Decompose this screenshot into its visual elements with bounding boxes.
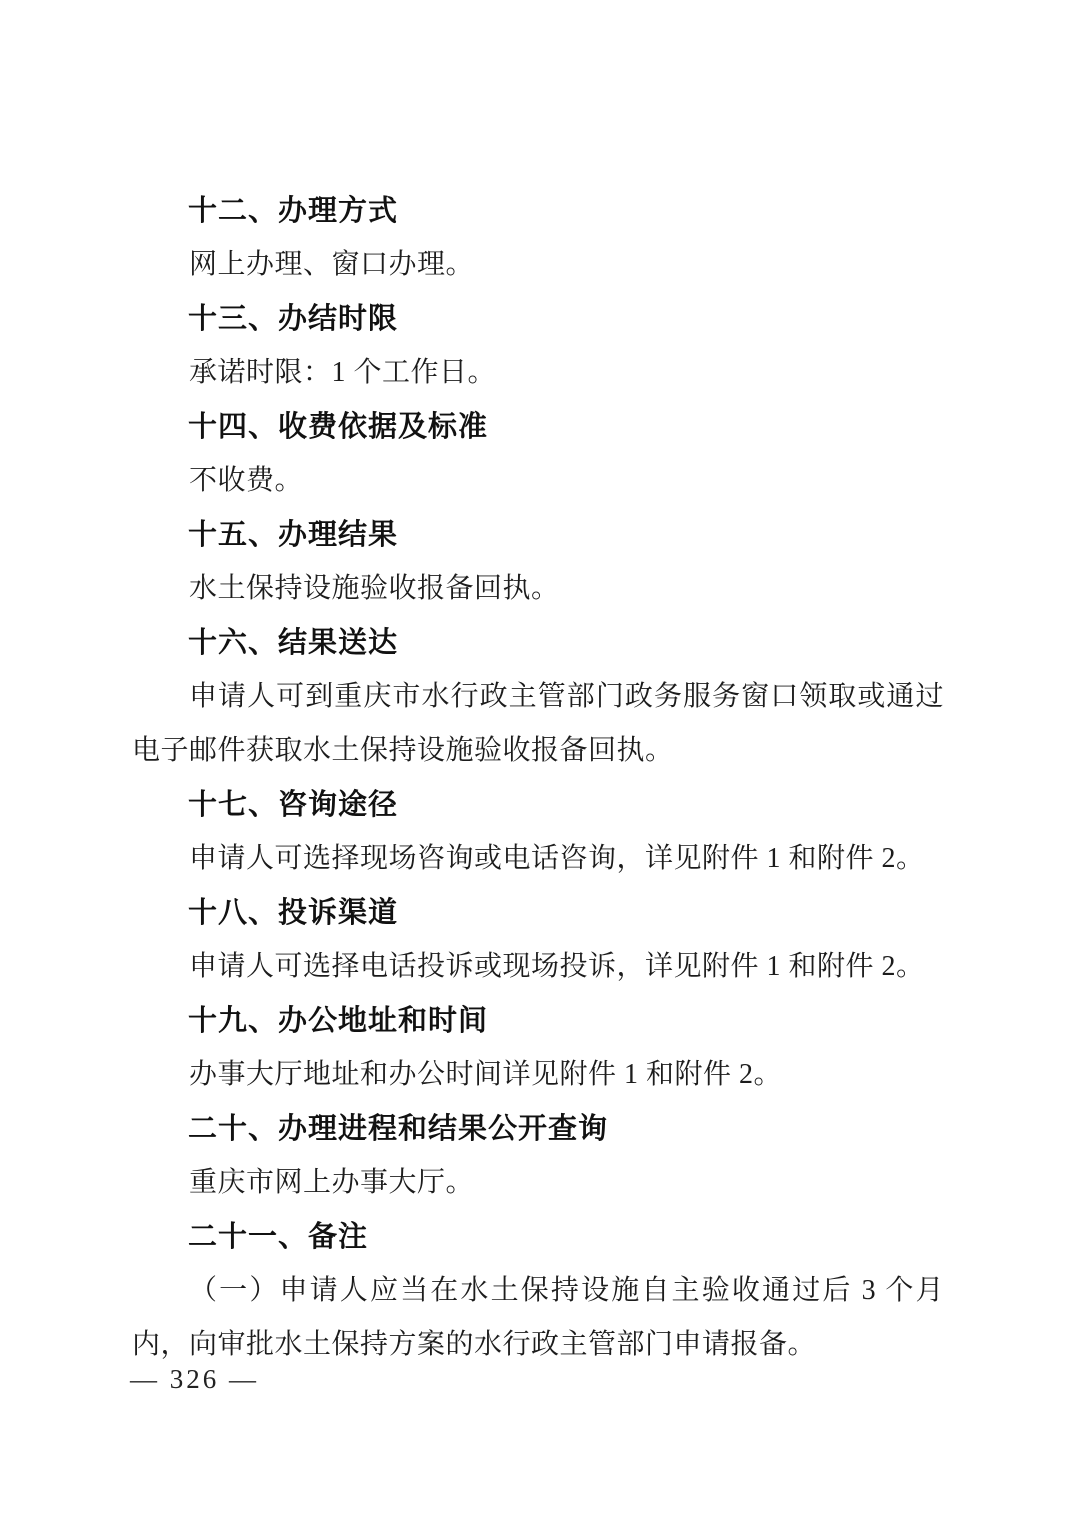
document-page: { "page": { "colors": { "background": "#… [0,0,1075,1519]
section-heading: 十四、收费依据及标准 [132,400,944,454]
section-heading: 十二、办理方式 [132,184,944,238]
body-paragraph: （一）申请人应当在水土保持设施自主验收通过后 3 个月内，向审批水土保持方案的水… [132,1264,944,1372]
section-heading: 十六、结果送达 [132,616,944,670]
body-paragraph: 不收费。 [132,454,944,508]
section-12: 十二、办理方式 网上办理、窗口办理。 [132,184,944,292]
document-body: 十二、办理方式 网上办理、窗口办理。 十三、办结时限 承诺时限：1 个工作日。 … [132,184,944,1372]
section-17: 十七、咨询途径 申请人可选择现场咨询或电话咨询，详见附件 1 和附件 2。 [132,778,944,886]
section-heading: 十八、投诉渠道 [132,886,944,940]
body-paragraph: 水土保持设施验收报备回执。 [132,562,944,616]
body-paragraph: 承诺时限：1 个工作日。 [132,346,944,400]
body-paragraph: 申请人可到重庆市水行政主管部门政务服务窗口领取或通过电子邮件获取水土保持设施验收… [132,670,944,778]
body-paragraph: 网上办理、窗口办理。 [132,238,944,292]
section-heading: 十九、办公地址和时间 [132,994,944,1048]
section-heading: 十七、咨询途径 [132,778,944,832]
body-paragraph: 申请人可选择电话投诉或现场投诉，详见附件 1 和附件 2。 [132,940,944,994]
section-15: 十五、办理结果 水土保持设施验收报备回执。 [132,508,944,616]
section-heading: 二十、办理进程和结果公开查询 [132,1102,944,1156]
section-16: 十六、结果送达 申请人可到重庆市水行政主管部门政务服务窗口领取或通过电子邮件获取… [132,616,944,778]
section-heading: 十五、办理结果 [132,508,944,562]
section-heading: 二十一、备注 [132,1210,944,1264]
section-19: 十九、办公地址和时间 办事大厅地址和办公时间详见附件 1 和附件 2。 [132,994,944,1102]
page-number: — 326 — [130,1364,259,1395]
body-paragraph: 重庆市网上办事大厅。 [132,1156,944,1210]
section-20: 二十、办理进程和结果公开查询 重庆市网上办事大厅。 [132,1102,944,1210]
section-18: 十八、投诉渠道 申请人可选择电话投诉或现场投诉，详见附件 1 和附件 2。 [132,886,944,994]
body-paragraph: 申请人可选择现场咨询或电话咨询，详见附件 1 和附件 2。 [132,832,944,886]
section-13: 十三、办结时限 承诺时限：1 个工作日。 [132,292,944,400]
body-paragraph: 办事大厅地址和办公时间详见附件 1 和附件 2。 [132,1048,944,1102]
section-14: 十四、收费依据及标准 不收费。 [132,400,944,508]
section-heading: 十三、办结时限 [132,292,944,346]
section-21: 二十一、备注 （一）申请人应当在水土保持设施自主验收通过后 3 个月内，向审批水… [132,1210,944,1372]
